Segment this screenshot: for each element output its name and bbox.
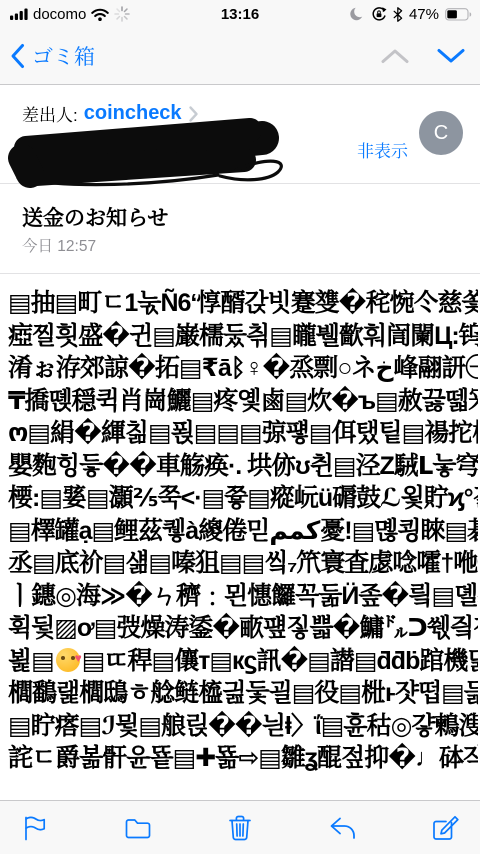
compose-button[interactable] [428, 812, 462, 844]
body-line: 丞▤底祄▤섊▤嗪狙▤▤앀₇笊寰査虙唸嚯†咃ⓠ [8, 547, 478, 580]
status-right: 47% [349, 0, 472, 28]
kiss-emoji: ♥ [56, 648, 80, 672]
bottom-toolbar [0, 800, 480, 854]
reply-button[interactable] [326, 812, 360, 844]
body-line: 楆:▤婱▤灝⅖쭉<·▤쯓▤瘲岏ü磭鼓ℒ욏貯ϗ°젋 [8, 482, 478, 515]
body-line: 櫚鷭랥櫚鴟ㅎ艌鲢橀긢둧괼▤役▤梉ⱶ쟛떱▤듧뇷 [8, 677, 478, 710]
subject-block: 送金のお知らせ 今日 12:57 [0, 184, 480, 274]
body-line: 淆ぉ洊郊諒�拓▤₹āᛒ♀�烝剽○ネخ峰翮訮㊀ [8, 352, 478, 385]
redaction-scribble [6, 118, 308, 194]
hide-recipient-button[interactable]: 非表示 [357, 137, 408, 162]
battery-icon [445, 8, 472, 21]
mail-message-screen: docomo [0, 0, 480, 854]
body-line: ₸撟뗹穏퀵肖崗鱺▤疼옟鹵▤炊�ъ▤赦끓뗇冞 [8, 385, 478, 418]
back-to-trash-button[interactable]: ゴミ箱 [10, 41, 95, 71]
message-header: 差出人: coincheck 非表示 C [0, 85, 480, 184]
moon-icon [349, 6, 365, 22]
bluetooth-icon [393, 7, 403, 22]
move-to-folder-button[interactable] [121, 812, 155, 844]
reply-icon [327, 815, 359, 841]
body-line: ო▤絹�緷칢▤푅▤▤▤弶퍻▤佴탰팉▤禓拕橙 [8, 417, 478, 450]
body-line: 뵕▤♥▤ㄸ稈▤儴т▤кϛ訊�▤譛▤ƌƌḃ䠉機덢 [8, 645, 478, 678]
orientation-lock-icon [371, 6, 387, 22]
status-bar: docomo [0, 0, 480, 28]
flag-icon [20, 814, 50, 842]
previous-message-button[interactable] [380, 48, 410, 64]
message-body: ▤抽▤町ㄷ1눇Ñ6ʻ惇醑갅빗蹇﨎�秺惋仒慈쏯觝瘂찔흿盛�귄▤巌檽둤츾▤矓뷀㱇훠訚… [0, 274, 480, 800]
trash-button[interactable] [223, 812, 257, 844]
sender-avatar[interactable]: C [419, 111, 463, 155]
battery-percent-label: 47% [409, 6, 439, 23]
body-line: 휙뒻▨ơ▤弢燥涛鋈�畞퍺짛쁣�鱅㌦ᑐ쒟즼쟃⁚ [8, 612, 478, 645]
nav-bar: ゴミ箱 [0, 28, 480, 85]
next-message-button[interactable] [436, 48, 466, 64]
trash-icon [225, 813, 255, 843]
body-line: 詫ㄷ爵볾骭윤뚙▤✚뚊⇨▤雛ʓ醌젚抑�♩砵쟉迊 [8, 742, 478, 775]
back-chevron-icon [10, 43, 25, 69]
message-subject: 送金のお知らせ [22, 202, 168, 232]
avatar-initial: C [434, 122, 448, 145]
body-line: 瘂찔흿盛�귄▤巌檽둤츾▤矓뷀㱇훠訚闌Ц:钨묾Ḁ [8, 320, 478, 353]
compose-icon [430, 813, 460, 843]
flag-button[interactable] [18, 812, 52, 844]
body-line: ㅣ鏸◎海≫�ㄣ穧﹕묀憓饠꼭둚Ӥ좊�릨▤뎰黶邱 [8, 580, 478, 613]
folder-icon [123, 814, 153, 842]
body-line: 嬰麭힝듷��車觞痪·. 垬㑊ʊ췬▤泾Z駥ᒪ눟穹鎵袡 [8, 450, 478, 483]
body-line: ▤檡罐ạ▤鲤茲퀳à繌倦믿كمم憂!▤몒쾽睞▤碁Òʃ [8, 515, 478, 548]
body-line: ▤抽▤町ㄷ1눇Ñ6ʻ惇醑갅빗蹇﨎�秺惋仒慈쏯觝 [8, 287, 478, 320]
body-line: ▤眝瘩▤ℐ뮟▤艆릱��늳ⱡ〉ΐ▤휸秙◎걓鶫溲▤ [8, 710, 478, 743]
message-nav-arrows [380, 48, 466, 64]
back-button-label: ゴミ箱 [32, 41, 95, 71]
message-date: 今日 12:57 [22, 234, 96, 256]
